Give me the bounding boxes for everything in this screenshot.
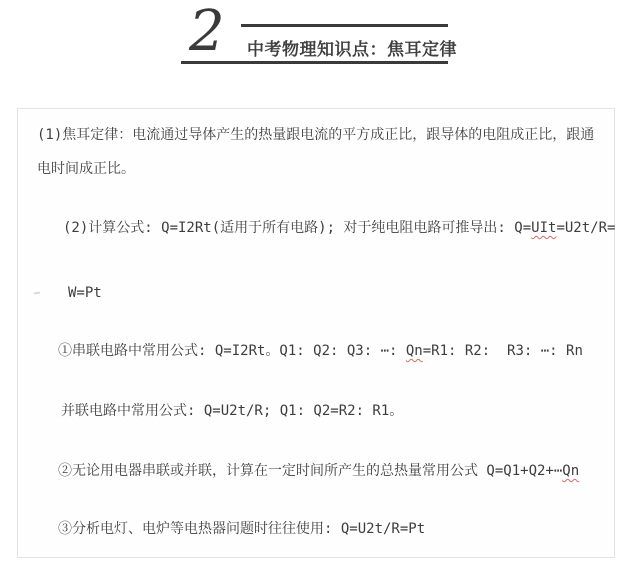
series-formula-pre: ①串联电路中常用公式: Q=I2Rt。Q1: Q2: Q3: ⋯: xyxy=(58,343,406,359)
series-formula-post: =R1: R2: R3: ⋯: Rn xyxy=(423,343,583,359)
document-page: 2 中考物理知识点：焦耳定律 (1)焦耳定律：电流通过导体产生的热量跟电流的平方… xyxy=(0,0,632,570)
spellcheck-squiggle-uit: UIt xyxy=(531,220,556,236)
calculation-formula-pre: (2)计算公式: Q=I2Rt(适用于所有电路); 对于纯电阻电路可推导出: Q… xyxy=(63,220,531,236)
section-number: 2 xyxy=(189,4,225,60)
joule-law-definition-line-2: 电时间成正比。 xyxy=(37,160,135,179)
heater-analysis-formula-line: ③分析电灯、电炉等电热器问题时往往使用: Q=U2t/R=Pt xyxy=(58,520,425,539)
page-title: 中考物理知识点：焦耳定律 xyxy=(247,35,457,60)
header-top-rule xyxy=(241,24,448,27)
w-equals-pt-line: W=Pt xyxy=(68,284,102,303)
calculation-formula-line: (2)计算公式: Q=I2Rt(适用于所有电路); 对于纯电阻电路可推导出: Q… xyxy=(63,219,615,238)
spellcheck-squiggle-qn-total: Qn xyxy=(562,463,579,479)
total-heat-pre: ②无论用电器串联或并联，计算在一定时间所产生的总热量常用公式 Q=Q1+Q2+⋯ xyxy=(58,463,562,479)
series-circuit-formula-line: ①串联电路中常用公式: Q=I2Rt。Q1: Q2: Q3: ⋯: Qn=R1:… xyxy=(58,342,583,361)
total-heat-formula-line: ②无论用电器串联或并联，计算在一定时间所产生的总热量常用公式 Q=Q1+Q2+⋯… xyxy=(58,462,579,481)
parallel-circuit-formula-line: 并联电路中常用公式: Q=U2t/R; Q1: Q2=R2: R1。 xyxy=(61,402,403,421)
spellcheck-squiggle-qn-series: Qn xyxy=(406,343,423,359)
header-bottom-rule xyxy=(181,61,448,64)
joule-law-definition-line-1: (1)焦耳定律：电流通过导体产生的热量跟电流的平方成正比，跟导体的电阻成正比，跟… xyxy=(37,126,594,145)
calculation-formula-post: =U2t/R= xyxy=(556,220,615,236)
